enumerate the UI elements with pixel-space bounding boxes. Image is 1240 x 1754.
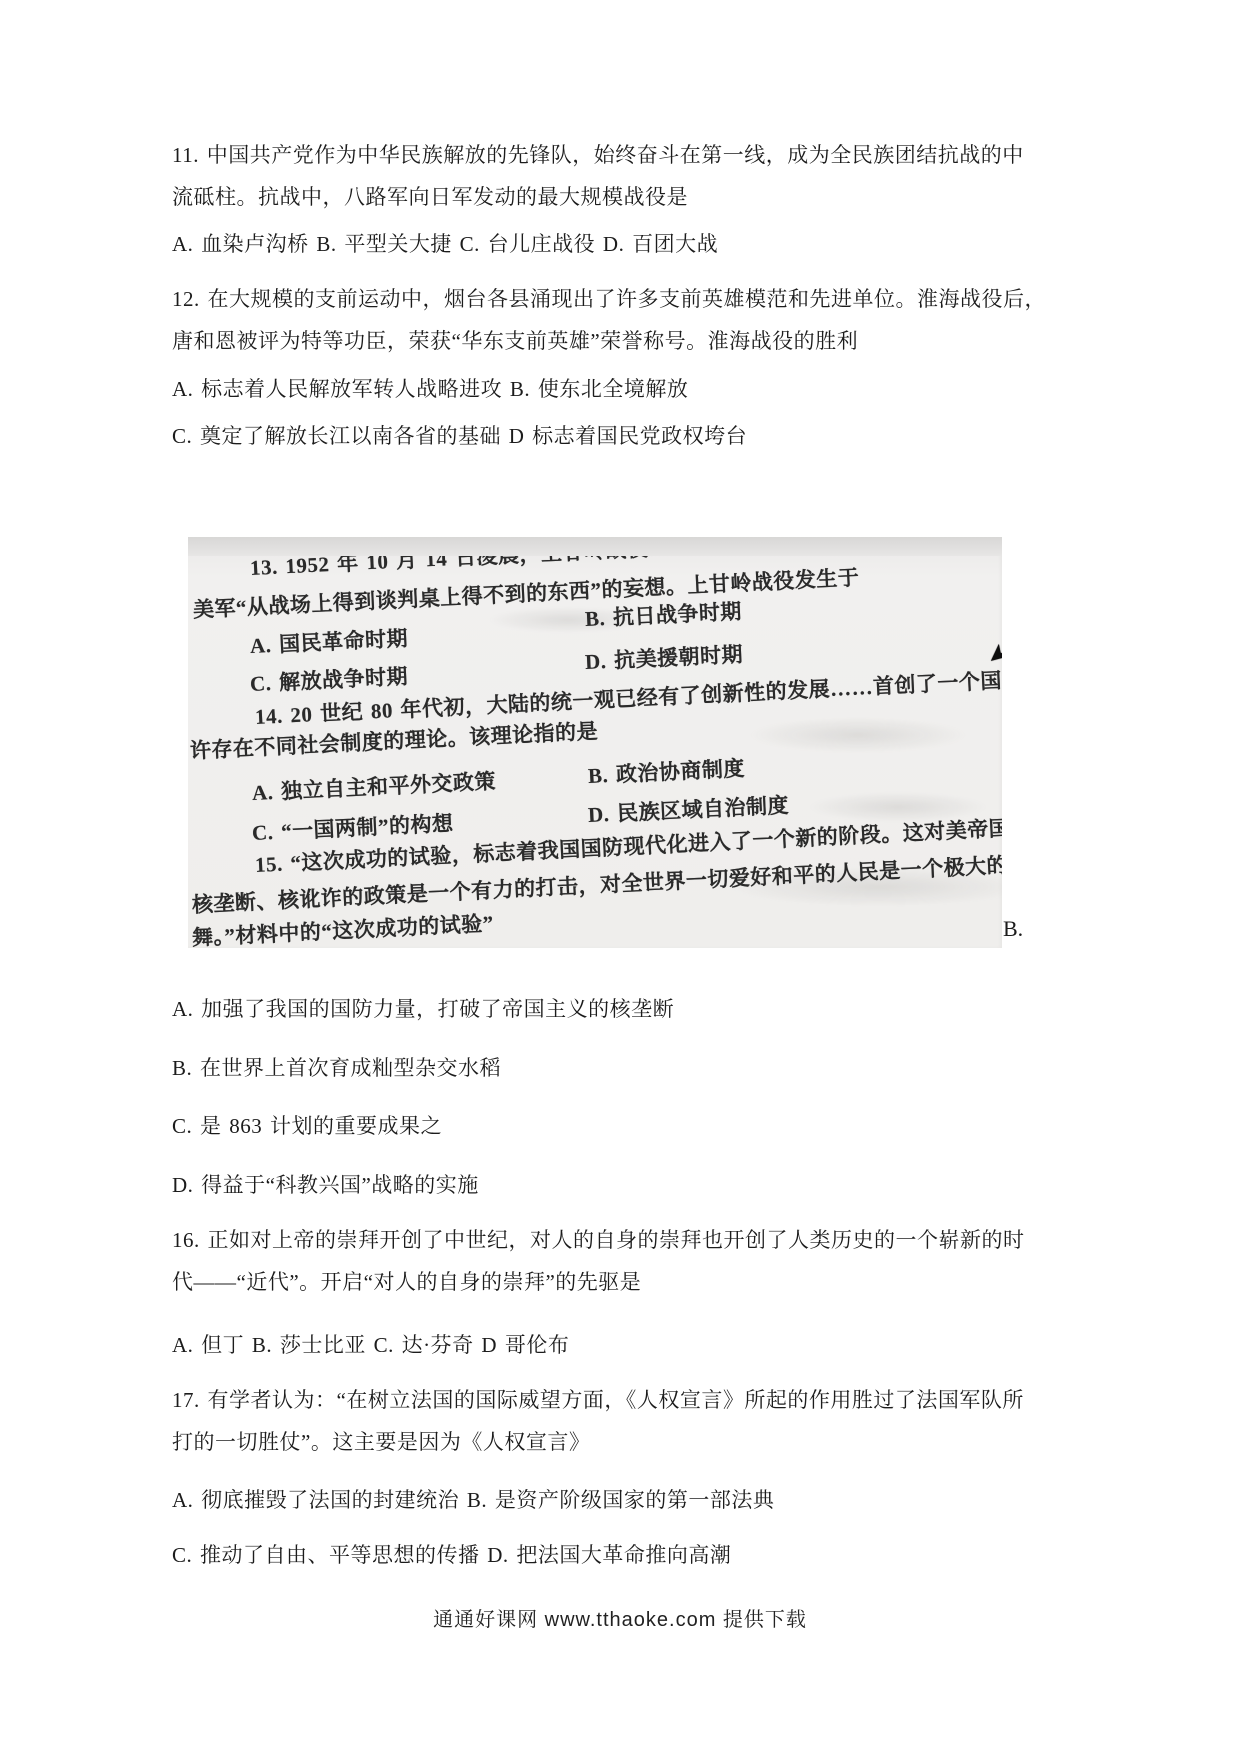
question-15-option-b: B. 在世界上首次育成籼型杂交水稻 bbox=[172, 1056, 501, 1080]
question-15-option-d: D. 得益于“科教兴国”战略的实施 bbox=[172, 1173, 479, 1197]
question-15-option-c: C. 是 863 计划的重要成果之 bbox=[172, 1114, 442, 1138]
scan-question-14-option-a: A. 独立自主和平外交政策 bbox=[251, 769, 496, 805]
question-17-options-cd: C. 推动了自由、平等思想的传播 D. 把法国大革命推向高潮 bbox=[172, 1543, 731, 1567]
question-11-stem-line-2: 流砥柱。抗战中，八路军向日军发动的最大规模战役是 bbox=[172, 185, 688, 209]
question-16-stem-line-1: 16. 正如对上帝的崇拜开创了中世纪，对人的自身的崇拜也开创了人类历史的一个崭新… bbox=[172, 1228, 1025, 1252]
scan-question-14-stem-line-2: 许存在不同社会制度的理论。该理论指的是 bbox=[189, 719, 598, 763]
question-12-options-cd: C. 奠定了解放长江以南各省的基础 D 标志着国民党政权垮台 bbox=[172, 424, 747, 448]
question-11-options: A. 血染卢沟桥 B. 平型关大捷 C. 台儿庄战役 D. 百团大战 bbox=[172, 232, 718, 256]
footer-watermark: 通通好课网 www.tthaoke.com 提供下载 bbox=[0, 1603, 1240, 1632]
scan-question-13-option-a: A. 国民革命时期 bbox=[249, 626, 408, 658]
scan-question-14-option-d: D. 民族区域自治制度 bbox=[587, 793, 789, 827]
question-17-stem-line-2: 打的一切胜仗”。这主要是因为《人权宣言》 bbox=[172, 1430, 590, 1454]
question-17-stem-line-1: 17. 有学者认为：“在树立法国的国际威望方面，《人权宣言》所起的作用胜过了法国… bbox=[172, 1388, 1024, 1412]
scan-bleed-through bbox=[748, 717, 968, 753]
scan-question-13-option-c: C. 解放战争时期 bbox=[249, 664, 408, 696]
scan-shadow-band bbox=[188, 537, 1002, 556]
question-15-option-a: A. 加强了我国的国防力量，打破了帝国主义的核垄断 bbox=[172, 997, 674, 1021]
scan-question-13-option-b: B. 抗日战争时期 bbox=[584, 599, 742, 631]
exam-document-page: 11. 中国共产党作为中华民族解放的先锋队，始终奋斗在第一线，成为全民族团结抗战… bbox=[0, 0, 1240, 1754]
question-12-stem-line-2: 唐和恩被评为特等功臣，荣获“华东支前英雄”荣誉称号。淮海战役的胜利 bbox=[172, 329, 858, 353]
question-11-stem-line-1: 11. 中国共产党作为中华民族解放的先锋队，始终奋斗在第一线，成为全民族团结抗战… bbox=[172, 143, 1024, 167]
question-17-options-ab: A. 彻底摧毁了法国的封建统治 B. 是资产阶级国家的第一部法典 bbox=[172, 1488, 774, 1512]
stray-answer-label: B. bbox=[1003, 916, 1023, 942]
scanned-question-image: 13. 1952 年 10 月 14 日凌晨，上甘岭战役… 美军“从战场上得到谈… bbox=[188, 537, 1002, 948]
scan-question-13-option-d: D. 抗美援朝时期 bbox=[584, 642, 743, 674]
scan-question-14-option-c: C. “一国两制”的构想 bbox=[251, 811, 454, 845]
question-12-options-ab: A. 标志着人民解放军转人战略进攻 B. 使东北全境解放 bbox=[172, 377, 688, 401]
question-16-options: A. 但丁 B. 莎士比亚 C. 达·芬奇 D 哥伦布 bbox=[172, 1333, 569, 1357]
question-16-stem-line-2: 代——“近代”。开启“对人的自身的崇拜”的先驱是 bbox=[172, 1270, 641, 1294]
scan-question-15-stem-line-3: 舞。”材料中的“这次成功的试验” bbox=[191, 911, 494, 948]
question-12-stem-line-1: 12. 在大规模的支前运动中，烟台各县涌现出了许多支前英雄模范和先进单位。淮海战… bbox=[172, 287, 1046, 311]
scan-question-14-option-b: B. 政治协商制度 bbox=[587, 756, 745, 788]
